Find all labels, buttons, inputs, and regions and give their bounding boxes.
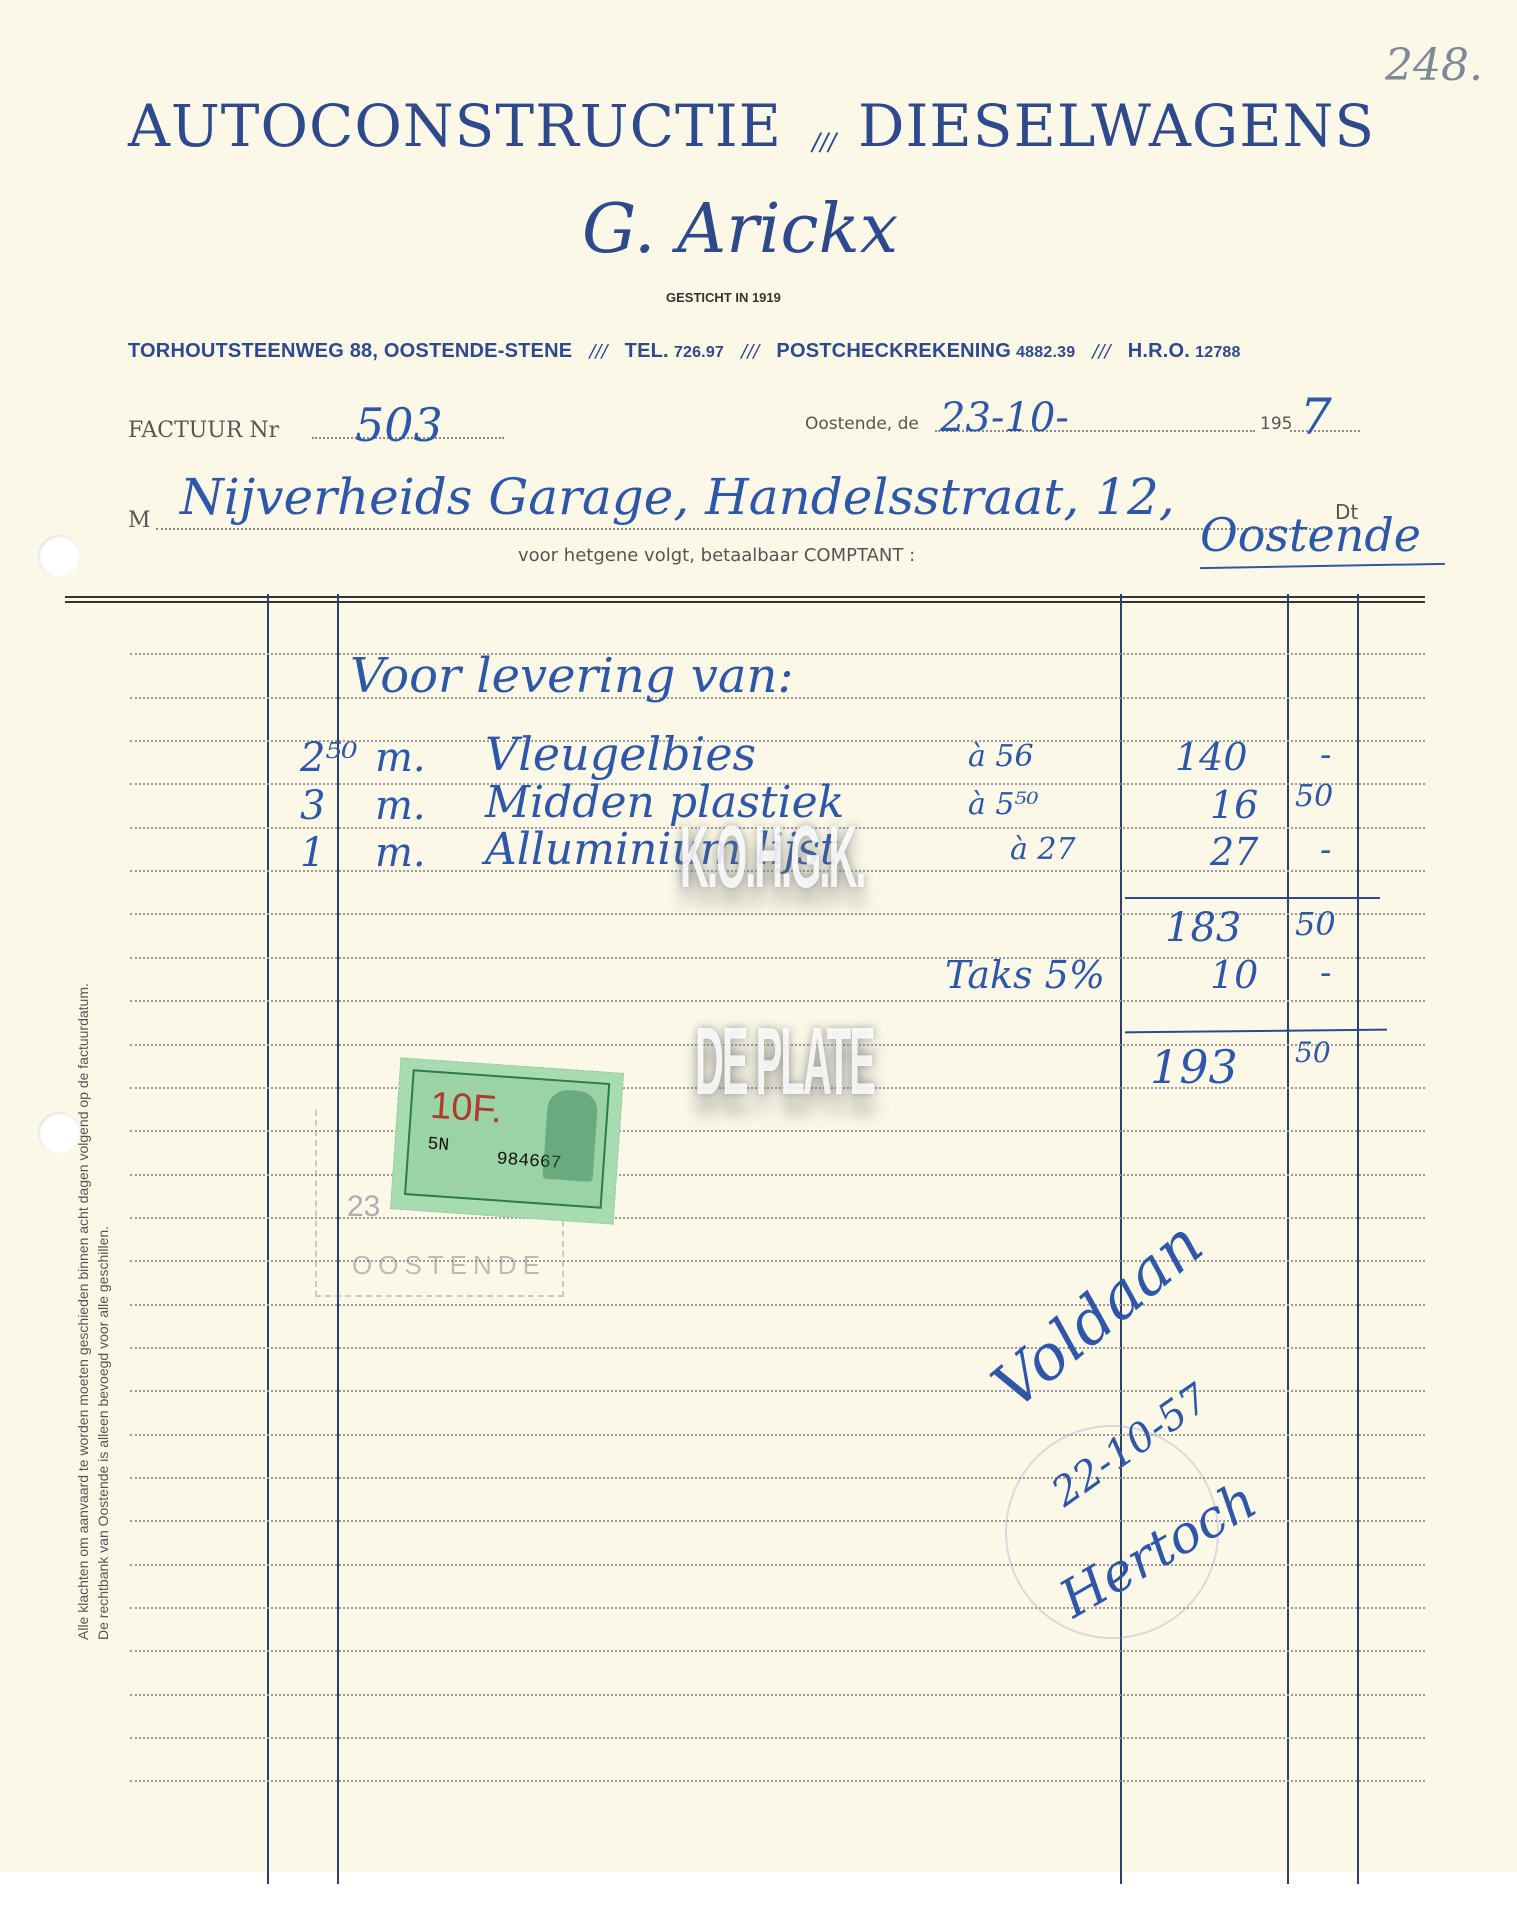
total-rule [1125,1029,1387,1034]
watermark-kohgk: K.O.H.G.K. [680,810,864,909]
item-amount: 16 [1210,783,1258,827]
ruled-line [130,1347,1425,1349]
item-cents: - [1320,735,1332,775]
tax-label: Taks 5% [945,953,1105,997]
ruled-line [130,1650,1425,1652]
ruled-line [130,1694,1425,1696]
customer-city: Oostende [1200,508,1421,562]
lines-intro: Voor levering van: [350,648,794,704]
ruled-line [130,1390,1425,1392]
side-note-court: De rechtbank van Oostende is alleen bevo… [95,1226,111,1640]
ruled-line [130,1564,1425,1566]
item-cents: - [1320,830,1332,870]
company-name: G. Arickx [582,190,898,269]
customer-prefix: M [128,508,151,533]
item-amount: 27 [1210,830,1258,874]
tax-cents: - [1320,953,1332,993]
customer-name: Nijverheids Garage, Handelsstraat, 12, [180,468,1175,526]
separator-2: /// [741,341,759,362]
fiscal-stamp-frame: 10F. 5N 984667 [404,1069,610,1209]
item-amount: 140 [1175,735,1248,779]
invoice-date: 23-10- [940,395,1069,441]
separator-1: /// [589,341,607,362]
address: TORHOUTSTEENWEG 88, OOSTENDE-STENE [128,340,572,362]
factuur-number: 503 [355,398,443,452]
subtotal-rule [1125,897,1380,899]
office-stamp-date: 23 [347,1190,380,1224]
fiscal-stamp-portrait [542,1089,598,1182]
item-qty: 1 [300,830,325,876]
founded-text: GESTICHT IN 1919 [666,290,781,305]
year-prefix: 195 [1260,414,1292,434]
item-cents: 50 [1295,779,1333,814]
subtotal-cents: 50 [1295,905,1336,943]
side-note-complaints: Alle klachten om aanvaard te worden moet… [75,983,91,1640]
office-stamp-city: OOSTENDE [352,1250,546,1281]
postcheck-number: 4882.39 [1016,344,1075,361]
hro-number: 12788 [1195,344,1241,361]
item-unit: m. [375,830,426,876]
place-date-label: Oostende, de [805,414,919,434]
total-cents: 50 [1295,1036,1331,1069]
tel-number: 726.97 [674,344,724,361]
year-suffix: 7 [1300,388,1332,446]
watermark-de-plate: DE PLATE [695,1010,874,1118]
separator-3: /// [1092,341,1110,362]
item-price: à 27 [1010,832,1076,867]
ruled-line [130,1000,1425,1002]
title-dieselwagens: DIESELWAGENS [858,92,1375,160]
fiscal-stamp: 10F. 5N 984667 [390,1057,624,1224]
ruled-line [130,1780,1425,1782]
tax-amount: 10 [1210,953,1258,997]
factuur-label: FACTUUR Nr [128,418,279,443]
ruled-line [130,1607,1425,1609]
invoice-paper: 248. AUTOCONSTRUCTIE /// DIESELWAGENS G.… [0,0,1517,1872]
item-description: Vleugelbies [485,727,756,781]
title-separator: /// [812,128,836,156]
payment-terms: voor hetgene volgt, betaalbaar COMPTANT … [518,545,915,566]
page-number-note: 248. [1385,40,1483,91]
punch-hole-bottom [38,1112,80,1154]
item-qty: 2⁵⁰ [300,735,358,781]
hro-label: H.R.O. [1128,340,1190,362]
item-unit: m. [375,735,426,781]
item-unit: m. [375,783,426,829]
customer-dotline [156,528,1331,530]
address-line: TORHOUTSTEENWEG 88, OOSTENDE-STENE /// T… [128,340,1241,363]
item-qty: 3 [300,783,325,829]
ruled-line [130,1737,1425,1739]
item-price: à 56 [968,739,1034,774]
fiscal-stamp-series: 5N [427,1134,450,1155]
punch-hole-top [38,535,80,577]
tel-label: TEL. [625,340,669,362]
title-autoconstructie: AUTOCONSTRUCTIE [128,92,782,160]
ruled-line [130,1434,1425,1436]
item-price: à 5⁵⁰ [968,787,1039,822]
table-top-line-2 [65,601,1425,603]
fiscal-stamp-value: 10F. [429,1085,504,1133]
table-top-line-1 [65,596,1425,598]
total-amount: 193 [1150,1040,1238,1094]
ruled-line [130,1304,1425,1306]
postcheck-label: POSTCHECKREKENING [776,340,1011,362]
customer-city-underline [1200,563,1445,569]
subtotal-amount: 183 [1165,905,1241,951]
